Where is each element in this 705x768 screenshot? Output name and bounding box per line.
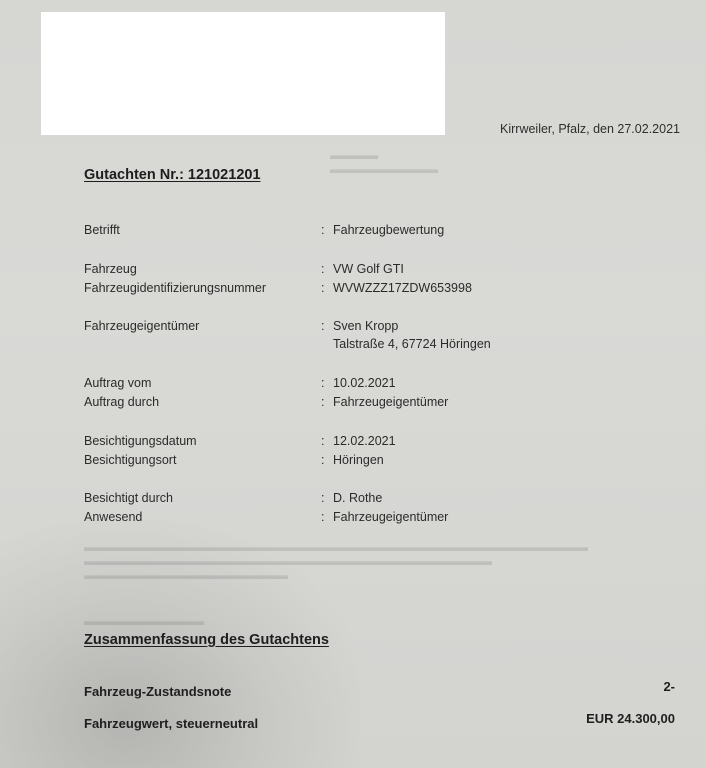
redacted-letterhead (41, 12, 445, 135)
field-colon: : (321, 319, 324, 333)
field-colon: : (321, 434, 324, 448)
field-colon: : (321, 510, 324, 524)
field-value: 12.02.2021 (333, 434, 396, 448)
field-colon: : (321, 223, 324, 237)
field-colon: : (321, 453, 324, 467)
bleed-through-text: ▬▬▬▬▬▬▬▬▬ (330, 162, 438, 176)
field-colon: : (321, 376, 324, 390)
field-value: Fahrzeugeigentümer (333, 395, 448, 409)
field-label: Betrifft (84, 223, 120, 237)
field-label: Fahrzeug (84, 262, 137, 276)
bleed-through-text: ▬▬▬▬▬▬▬▬▬▬ (84, 614, 204, 628)
field-colon: : (321, 262, 324, 276)
field-label: Anwesend (84, 510, 142, 524)
field-colon: : (321, 281, 324, 295)
field-value: Fahrzeugeigentümer (333, 510, 448, 524)
field-colon: : (321, 395, 324, 409)
condition-grade-value: 2- (663, 679, 675, 694)
field-value: VW Golf GTI (333, 262, 404, 276)
field-label: Fahrzeugeigentümer (84, 319, 199, 333)
report-number-title: Gutachten Nr.: 121021201 (84, 167, 266, 183)
condition-grade-label: Fahrzeug-Zustandsnote (84, 684, 231, 699)
bleed-through-text: ▬▬▬▬▬▬▬▬▬▬▬▬▬▬▬▬▬▬▬▬▬▬▬▬▬▬▬▬▬▬▬▬▬▬▬▬▬▬▬▬… (84, 540, 684, 582)
place-and-date: Kirrweiler, Pfalz, den 27.02.2021 (500, 122, 680, 136)
bleed-through-text: ▬▬▬▬ (330, 148, 378, 162)
field-value: D. Rothe (333, 491, 382, 505)
field-label: Besichtigt durch (84, 491, 173, 505)
field-label: Besichtigungsort (84, 453, 176, 467)
field-label: Fahrzeugidentifizierungsnummer (84, 281, 266, 295)
field-label: Auftrag vom (84, 376, 151, 390)
field-colon: : (321, 491, 324, 505)
field-label: Auftrag durch (84, 395, 159, 409)
field-label: Besichtigungsdatum (84, 434, 197, 448)
owner-address: Talstraße 4, 67724 Höringen (333, 337, 491, 351)
vehicle-value-label: Fahrzeugwert, steuerneutral (84, 716, 258, 731)
field-value: 10.02.2021 (333, 376, 396, 390)
field-value: Höringen (333, 453, 384, 467)
field-value: Sven Kropp (333, 319, 398, 333)
summary-heading: Zusammenfassung des Gutachtens (84, 632, 329, 648)
field-value: WVWZZZ17ZDW653998 (333, 281, 472, 295)
vehicle-value-amount: EUR 24.300,00 (586, 711, 675, 726)
field-value: Fahrzeugbewertung (333, 223, 444, 237)
